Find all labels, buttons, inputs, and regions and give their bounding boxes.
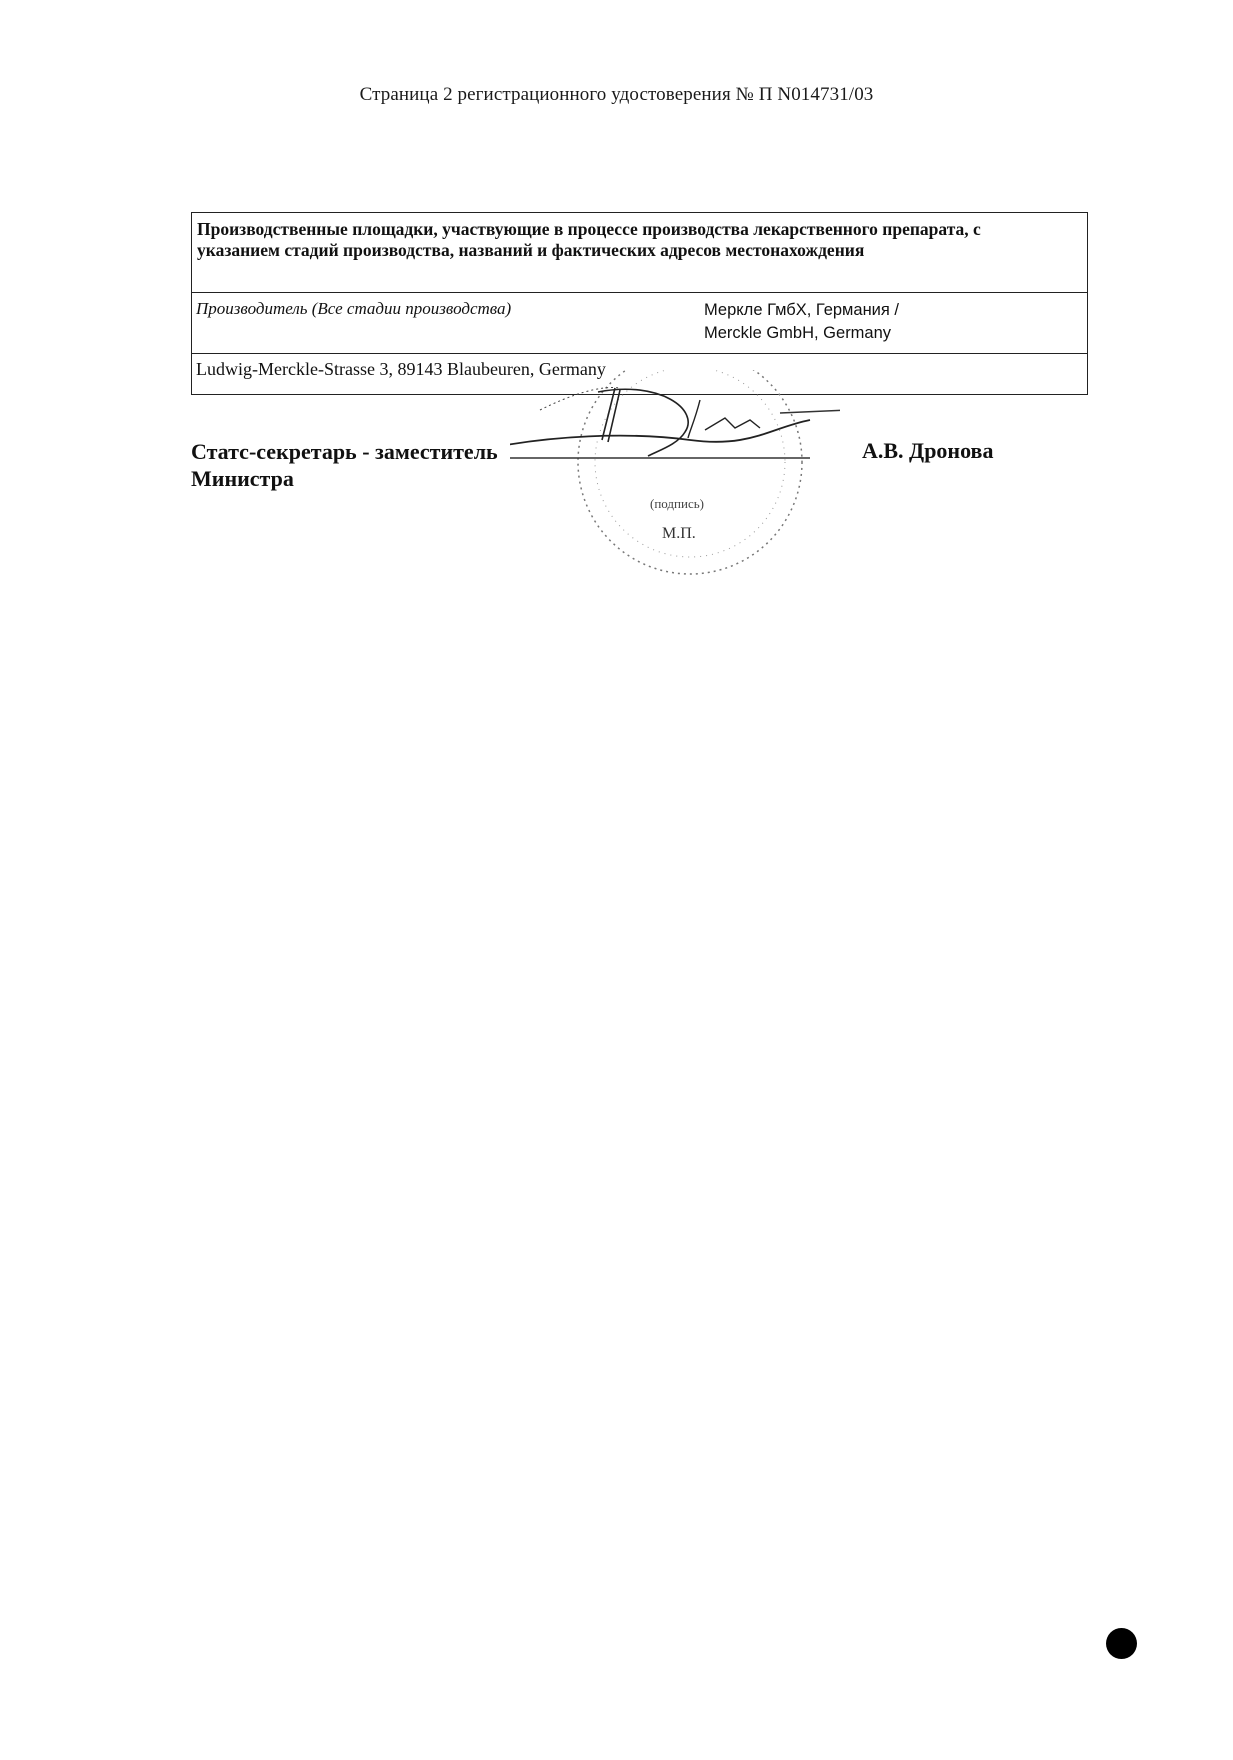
producer-name-ru: Меркле ГмбХ, Германия / [704, 299, 899, 322]
stamp-and-signature: (подпись) М.П. [510, 370, 840, 590]
table-heading-row: Производственные площадки, участвующие в… [192, 213, 1087, 293]
signatory-position-line1: Статс-секретарь - заместитель [191, 438, 498, 465]
producer-company: Меркле ГмбХ, Германия / Merckle GmbH, Ge… [704, 299, 899, 345]
signatory-name: А.В. Дронова [862, 438, 993, 464]
table-row-producer: Производитель (Все стадии производства) … [192, 293, 1087, 354]
stamp-label: М.П. [662, 525, 696, 543]
signatory-position-line2: Министра [191, 465, 498, 492]
page-header: Страница 2 регистрационного удостоверени… [0, 84, 1233, 106]
producer-role: Производитель (Все стадии производства) [196, 299, 511, 319]
signature-label: (подпись) [650, 496, 704, 512]
production-sites-table: Производственные площадки, участвующие в… [191, 212, 1088, 395]
signatory-position: Статс-секретарь - заместитель Министра [191, 438, 498, 492]
stamp-seal-icon [510, 370, 840, 590]
page-marker-dot-icon [1106, 1628, 1137, 1659]
table-heading: Производственные площадки, участвующие в… [197, 219, 1027, 261]
producer-name-en: Merckle GmbH, Germany [704, 322, 899, 345]
